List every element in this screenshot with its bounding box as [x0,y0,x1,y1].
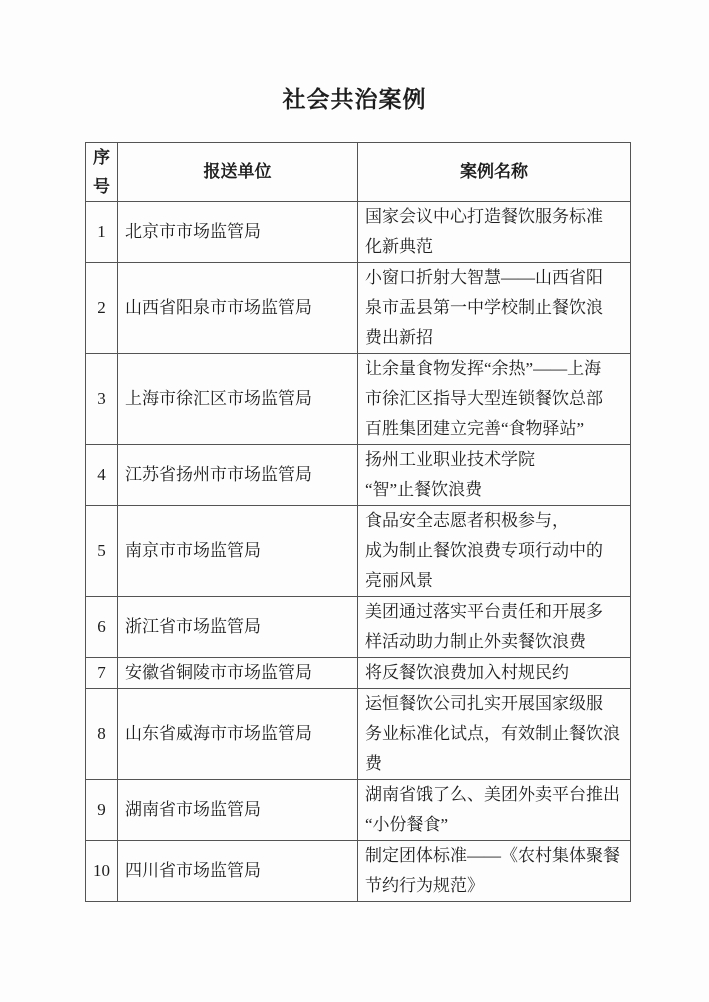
table-row: 1 北京市市场监管局 国家会议中心打造餐饮服务标准 化新典范 [86,202,631,263]
cell-serial-number: 3 [86,354,118,445]
cell-reporting-unit: 安徽省铜陵市市场监管局 [118,658,358,689]
cell-reporting-unit: 江苏省扬州市市场监管局 [118,445,358,506]
cell-reporting-unit: 北京市市场监管局 [118,202,358,263]
table-header-row: 序号 报送单位 案例名称 [86,143,631,202]
cell-serial-number: 7 [86,658,118,689]
table-row: 10 四川省市场监管局 制定团体标准——《农村集体聚餐 节约行为规范》 [86,841,631,902]
cell-serial-number: 5 [86,506,118,597]
cell-case-name: 湖南省饿了么、美团外卖平台推出 “小份餐食” [358,780,631,841]
table-row: 2 山西省阳泉市市场监管局 小窗口折射大智慧——山西省阳 泉市盂县第一中学校制止… [86,263,631,354]
header-case-name: 案例名称 [358,143,631,202]
cell-case-name: 小窗口折射大智慧——山西省阳 泉市盂县第一中学校制止餐饮浪 费出新招 [358,263,631,354]
cell-serial-number: 1 [86,202,118,263]
page-title: 社会共治案例 [0,86,709,114]
cell-case-name: 美团通过落实平台责任和开展多 样活动助力制止外卖餐饮浪费 [358,597,631,658]
cases-table: 序号 报送单位 案例名称 1 北京市市场监管局 国家会议中心打造餐饮服务标准 化… [85,142,631,902]
cell-serial-number: 8 [86,689,118,780]
cell-serial-number: 4 [86,445,118,506]
cell-reporting-unit: 上海市徐汇区市场监管局 [118,354,358,445]
cell-case-name: 将反餐饮浪费加入村规民约 [358,658,631,689]
cell-serial-number: 6 [86,597,118,658]
cell-reporting-unit: 湖南省市场监管局 [118,780,358,841]
table-row: 7 安徽省铜陵市市场监管局 将反餐饮浪费加入村规民约 [86,658,631,689]
cell-case-name: 扬州工业职业技术学院 “智”止餐饮浪费 [358,445,631,506]
cell-reporting-unit: 浙江省市场监管局 [118,597,358,658]
cell-reporting-unit: 四川省市场监管局 [118,841,358,902]
table-row: 6 浙江省市场监管局 美团通过落实平台责任和开展多 样活动助力制止外卖餐饮浪费 [86,597,631,658]
header-serial-number: 序号 [86,143,118,202]
cell-case-name: 让余量食物发挥“余热”——上海 市徐汇区指导大型连锁餐饮总部 百胜集团建立完善“… [358,354,631,445]
cell-reporting-unit: 南京市市场监管局 [118,506,358,597]
cell-serial-number: 2 [86,263,118,354]
cell-case-name: 国家会议中心打造餐饮服务标准 化新典范 [358,202,631,263]
cell-serial-number: 9 [86,780,118,841]
cell-serial-number: 10 [86,841,118,902]
cell-reporting-unit: 山西省阳泉市市场监管局 [118,263,358,354]
cell-case-name: 食品安全志愿者积极参与， 成为制止餐饮浪费专项行动中的 亮丽风景 [358,506,631,597]
table-row: 8 山东省威海市市场监管局 运恒餐饮公司扎实开展国家级服 务业标准化试点，有效制… [86,689,631,780]
cell-case-name: 运恒餐饮公司扎实开展国家级服 务业标准化试点，有效制止餐饮浪 费 [358,689,631,780]
header-reporting-unit: 报送单位 [118,143,358,202]
table-row: 4 江苏省扬州市市场监管局 扬州工业职业技术学院 “智”止餐饮浪费 [86,445,631,506]
cell-case-name: 制定团体标准——《农村集体聚餐 节约行为规范》 [358,841,631,902]
table-row: 9 湖南省市场监管局 湖南省饿了么、美团外卖平台推出 “小份餐食” [86,780,631,841]
cell-reporting-unit: 山东省威海市市场监管局 [118,689,358,780]
table-row: 5 南京市市场监管局 食品安全志愿者积极参与， 成为制止餐饮浪费专项行动中的 亮… [86,506,631,597]
table-row: 3 上海市徐汇区市场监管局 让余量食物发挥“余热”——上海 市徐汇区指导大型连锁… [86,354,631,445]
